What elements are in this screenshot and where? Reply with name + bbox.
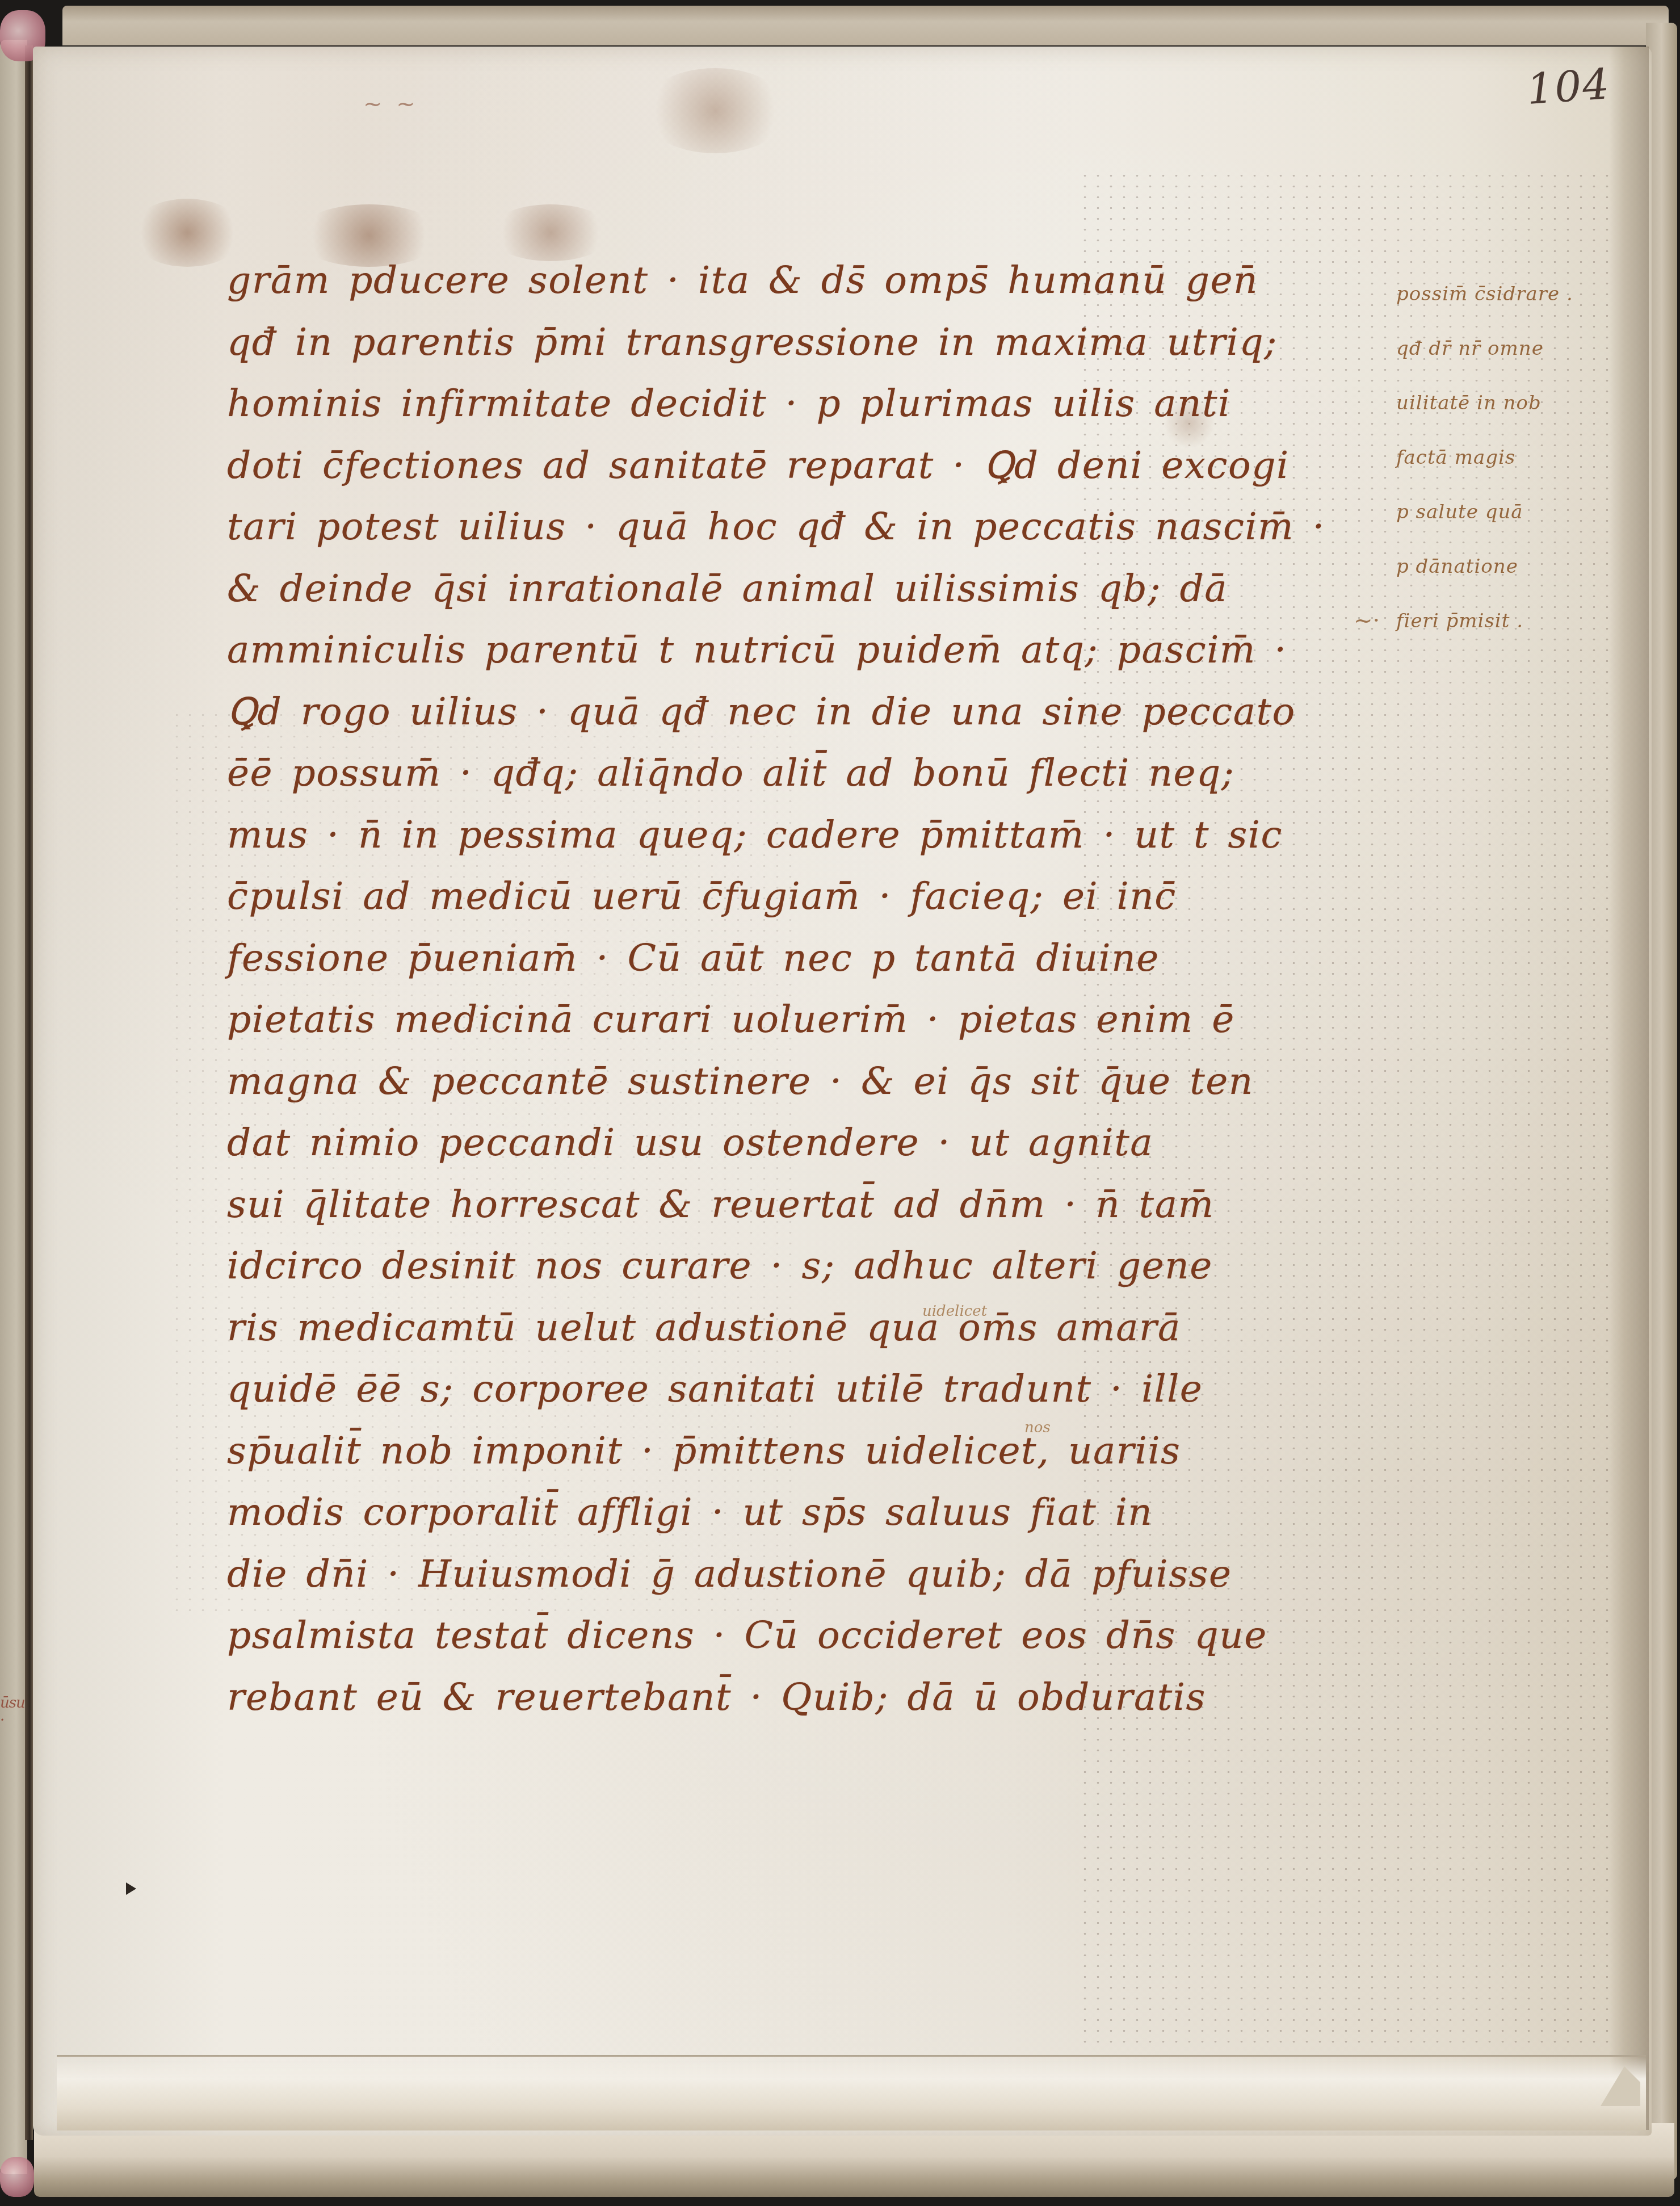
spine-inscription: ūsu · <box>0 1695 23 1729</box>
gloss-line: qđ dr̄ nr̄ omne <box>1396 321 1612 376</box>
gloss-line: uilitatē in nob <box>1396 376 1612 430</box>
text-line: c̄pulsi ad medicū uerū c̄fugiam̄ · facie… <box>227 866 1362 928</box>
main-text-column: grām pducere solent · ita & ds̄ omps̄ hu… <box>227 250 1362 1728</box>
folio-number: 104 <box>1525 60 1612 114</box>
binding-spine <box>0 40 27 2174</box>
text-line: ris medicamtū uelut adustionē qua om̄s a… <box>227 1297 1362 1359</box>
gloss-line: fieri p̄misit . <box>1396 594 1612 648</box>
text-line: ēē possum̄ · qđq; aliq̄ndo alit̄ ad bonū… <box>227 743 1362 804</box>
text-line: psalmista testat̄ dicens · Cū occideret … <box>227 1605 1362 1667</box>
text-line: grām pducere solent · ita & ds̄ omps̄ hu… <box>227 250 1362 312</box>
top-margin-mark: ~ ~ <box>363 91 419 117</box>
text-line: pietatis medicinā curari uoluerim̄ · pie… <box>227 989 1362 1051</box>
text-line: sui q̄litate horrescat & reuertat̄ ad dn… <box>227 1174 1362 1236</box>
text-line: qđ in parentis p̄mi transgressione in ma… <box>227 312 1362 374</box>
text-line: sp̄ualit̄ nob imponit · p̄mittens uideli… <box>227 1420 1362 1482</box>
text-line: idcirco desinit nos curare · s; adhuc al… <box>227 1235 1362 1297</box>
gloss-insertion-mark: ~· <box>1354 607 1380 634</box>
interlinear-note: nos <box>1024 1419 1051 1436</box>
binding-top-edge <box>62 6 1669 45</box>
gutter-shadow <box>25 45 33 2140</box>
text-line: fessione p̄ueniam̄ · Cū aūt nec p tantā … <box>227 928 1362 989</box>
headband-bottom <box>0 2157 34 2197</box>
text-line: rebant eū & reuertebant̄ · Quib; dā ū ob… <box>227 1667 1362 1729</box>
text-line: modis corporalit̄ affligi · ut sp̄s salu… <box>227 1482 1362 1544</box>
gloss-line: p salute quā <box>1396 485 1612 539</box>
text-line: dat nimio peccandi usu ostendere · ut ag… <box>227 1112 1362 1174</box>
marginal-gloss: possim̄ c̄sidrare . qđ dr̄ nr̄ omne uili… <box>1396 267 1612 648</box>
text-line: mus · n̄ in pessima queq; cadere p̄mitta… <box>227 804 1362 866</box>
text-line: & deinde q̄si inrationalē animal uilissi… <box>227 558 1362 620</box>
text-line: hominis infirmitate decidit · p plurimas… <box>227 373 1362 435</box>
manuscript-scene: ūsu · 104 ~ ~ grām pducere solent · ita … <box>0 0 1680 2206</box>
text-line: die dn̄i · Huiusmodi ḡ adustionē quib; d… <box>227 1544 1362 1605</box>
text-line: doti c̄fectiones ad sanitatē reparat · Ꝗ… <box>227 435 1362 497</box>
text-line: Ꝗd rogo uilius · quā qđ nec in die una s… <box>227 681 1362 743</box>
stain <box>641 68 789 153</box>
leaf-bottom-fold <box>57 2055 1646 2130</box>
text-line: tari potest uilius · quā hoc qđ & in pec… <box>227 496 1362 558</box>
text-line: magna & peccantē sustinere · & ei q̄s si… <box>227 1051 1362 1113</box>
text-line: quidē ēē s; corporee sanitati utilē trad… <box>227 1358 1362 1420</box>
text-line: amminiculis parentū t nutricū puidem̄ at… <box>227 619 1362 681</box>
interlinear-note: uidelicet <box>922 1303 987 1320</box>
gloss-line: possim̄ c̄sidrare . <box>1396 267 1612 321</box>
gloss-line: factā magis <box>1396 430 1612 485</box>
gloss-line: p dānatione <box>1396 539 1612 594</box>
